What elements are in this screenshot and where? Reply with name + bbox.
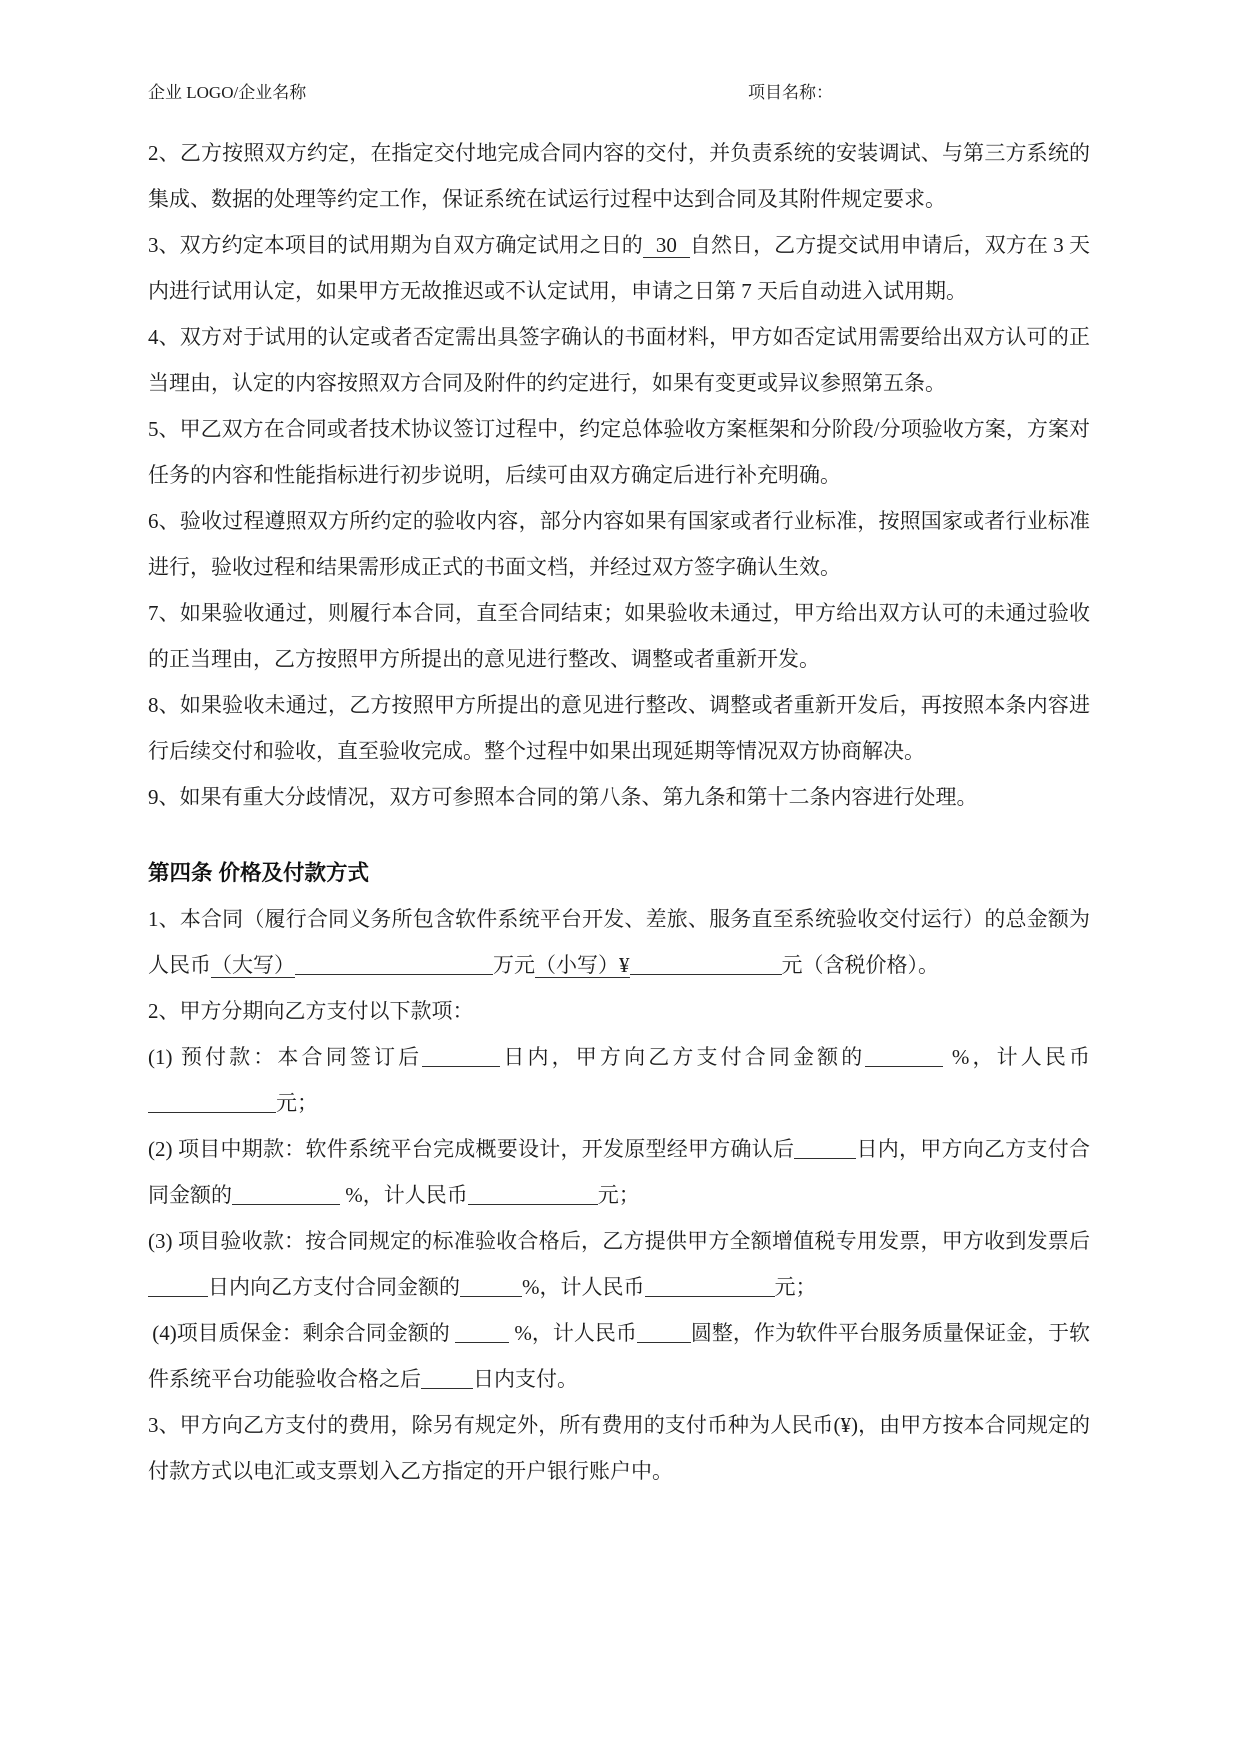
company-logo-name: 企业 LOGO/企业名称 [148, 80, 306, 106]
paragraph-art4-item-1: 1、本合同（履行合同义务所包含软件系统平台开发、差旅、服务直至系统验收交付运行）… [148, 896, 1090, 988]
paragraph-clause-3: 3、双方约定本项目的试用期为自双方确定试用之日的30自然日，乙方提交试用申请后，… [148, 222, 1090, 314]
filled-value: （大写） [211, 953, 295, 978]
filled-value: （小写）¥ [535, 953, 630, 978]
blank-field [468, 1184, 598, 1205]
blank-field [148, 1276, 208, 1297]
paragraph-clause-5: 5、甲乙双方在合同或者技术协议签订过程中，约定总体验收方案框架和分阶段/分项验收… [148, 406, 1090, 498]
blank-field [232, 1184, 340, 1205]
paragraph-clause-4: 4、双方对于试用的认定或者否定需出具签字确认的书面材料，甲方如否定试用需要给出双… [148, 314, 1090, 406]
blank-field [630, 954, 782, 975]
section-heading-article-4: 第四条 价格及付款方式 [148, 850, 1090, 896]
paragraph-clause-6: 6、验收过程遵照双方所约定的验收内容，部分内容如果有国家或者行业标准，按照国家或… [148, 498, 1090, 590]
blank-field [421, 1368, 473, 1389]
paragraph-clause-9: 9、如果有重大分歧情况，双方可参照本合同的第八条、第九条和第十二条内容进行处理。 [148, 774, 1090, 820]
page-header: 企业 LOGO/企业名称 项目名称： [148, 80, 1090, 106]
blank-field [422, 1046, 500, 1067]
contract-page: 企业 LOGO/企业名称 项目名称： 2、乙方按照双方约定，在指定交付地完成合同… [0, 0, 1240, 1753]
blank-field [865, 1046, 943, 1067]
document-body: 2、乙方按照双方约定，在指定交付地完成合同内容的交付，并负责系统的安装调试、与第… [148, 130, 1090, 1494]
blank-field [295, 954, 493, 975]
blank-field [645, 1276, 775, 1297]
blank-field [148, 1092, 276, 1113]
project-name-label: 项目名称： [748, 80, 833, 106]
blank-field [637, 1322, 691, 1343]
paragraph-art4-payment-1: (1) 预付款：本合同签订后日内，甲方向乙方支付合同金额的 %，计人民币元； [148, 1034, 1090, 1126]
paragraph-clause-8: 8、如果验收未通过，乙方按照甲方所提出的意见进行整改、调整或者重新开发后，再按照… [148, 682, 1090, 774]
paragraph-art4-payment-4: (4)项目质保金：剩余合同金额的 %，计人民币圆整，作为软件平台服务质量保证金，… [148, 1310, 1090, 1402]
blank-field [460, 1276, 522, 1297]
paragraph-art4-payment-3: (3) 项目验收款：按合同规定的标准验收合格后，乙方提供甲方全额增值税专用发票，… [148, 1218, 1090, 1310]
filled-value: 30 [643, 233, 690, 258]
paragraph-clause-7: 7、如果验收通过，则履行本合同，直至合同结束；如果验收未通过，甲方给出双方认可的… [148, 590, 1090, 682]
blank-field [794, 1138, 856, 1159]
blank-field [455, 1322, 509, 1343]
paragraph-art4-item-2: 2、甲方分期向乙方支付以下款项： [148, 988, 1090, 1034]
paragraph-art4-item-3: 3、甲方向乙方支付的费用，除另有规定外，所有费用的支付币种为人民币(¥)，由甲方… [148, 1402, 1090, 1494]
paragraph-art4-payment-2: (2) 项目中期款：软件系统平台完成概要设计，开发原型经甲方确认后日内，甲方向乙… [148, 1126, 1090, 1218]
paragraph-clause-2: 2、乙方按照双方约定，在指定交付地完成合同内容的交付，并负责系统的安装调试、与第… [148, 130, 1090, 222]
